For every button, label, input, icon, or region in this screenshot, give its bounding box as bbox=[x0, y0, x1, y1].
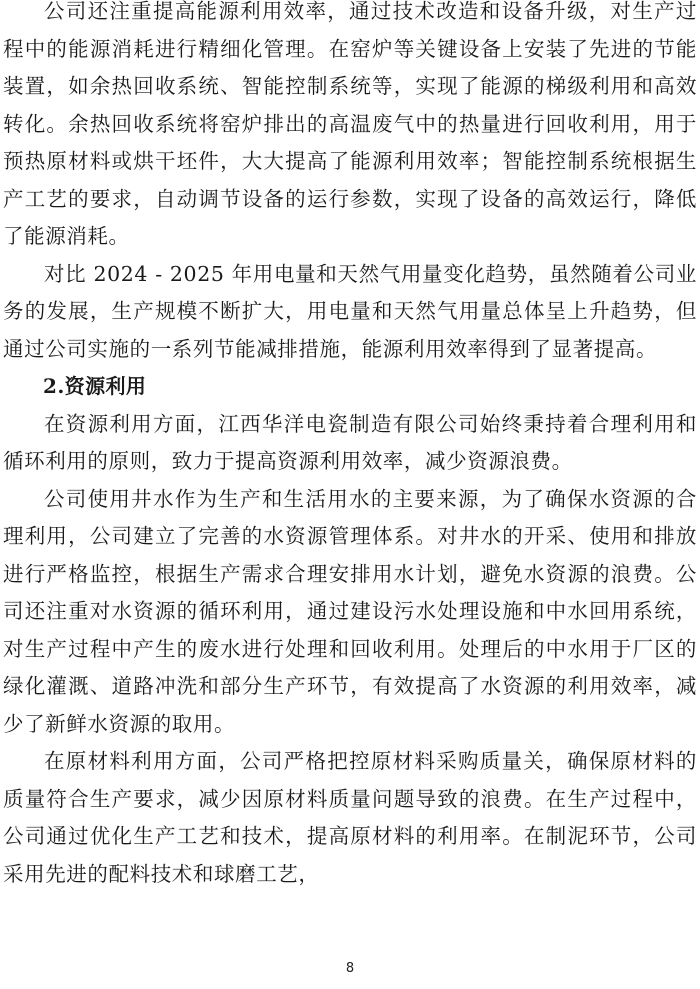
paragraph-energy-efficiency: 公司还注重提高能源利用效率，通过技术改造和设备升级，对生产过程中的能源消耗进行精… bbox=[3, 0, 697, 256]
paragraph-resource-principle: 在资源利用方面，江西华洋电瓷制造有限公司始终秉持着合理利用和循环利用的原则，致力… bbox=[3, 406, 697, 481]
document-page: 公司还注重提高能源利用效率，通过技术改造和设备升级，对生产过程中的能源消耗进行精… bbox=[3, 0, 697, 893]
page-number: 8 bbox=[0, 961, 700, 976]
paragraph-water-resources: 公司使用井水作为生产和生活用水的主要来源，为了确保水资源的合理利用，公司建立了完… bbox=[3, 481, 697, 744]
paragraph-energy-trend: 对比 2024 - 2025 年用电量和天然气用量变化趋势，虽然随着公司业务的发… bbox=[3, 256, 697, 369]
paragraph-raw-materials: 在原材料利用方面，公司严格把控原材料采购质量关，确保原材料的质量符合生产要求，减… bbox=[3, 743, 697, 893]
section-heading-resource-use: 2.资源利用 bbox=[3, 368, 697, 406]
